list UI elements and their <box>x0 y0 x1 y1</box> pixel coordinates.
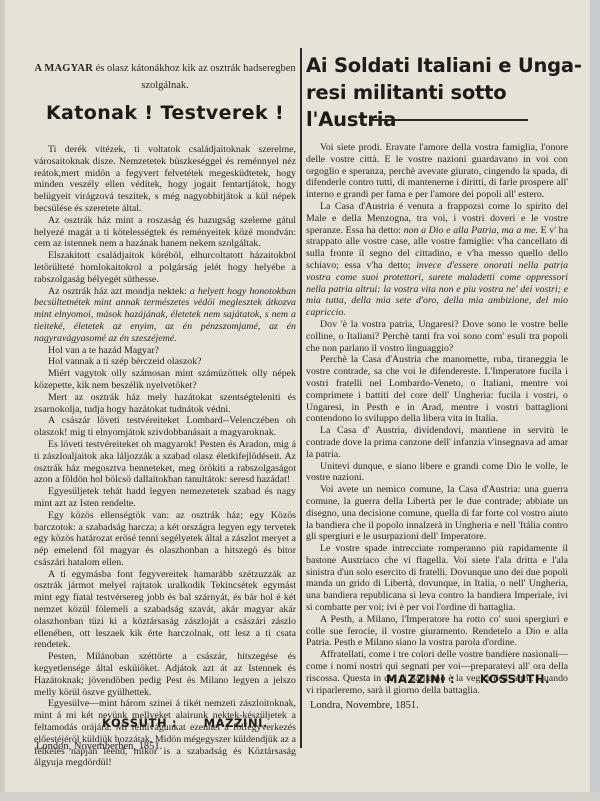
paragraph: Egyesüljetek tehát hadd legyen nemezetet… <box>34 486 296 510</box>
paragraph: Elszakitott családjaitok köréböl, elhurc… <box>34 250 296 285</box>
intro-bold: A MAGYAR <box>34 63 93 74</box>
title-rule <box>370 119 528 121</box>
place-date: Londra, Novembre, 1851. <box>310 700 419 711</box>
scan-edge-bottom <box>0 792 600 801</box>
intro-address: A MAGYAR és olasz kátonákhoz kik az oszt… <box>34 60 296 94</box>
paragraph: Ti derék vitézek, ti voltatok családjait… <box>34 144 296 215</box>
page-title-hungarian: Katonak ! Testverek ! <box>34 102 296 124</box>
paragraph: Le vostre spade intrecciate romperanno p… <box>306 543 568 614</box>
signature-mazzini: MAZZINI : <box>386 672 455 686</box>
paragraph: La Casa d' Austria, dividendovi, mantien… <box>306 425 568 460</box>
paragraph: Voi siete prodi. Eravate l'amore della v… <box>306 142 568 201</box>
paragraph: Es löveti testvéreiteket oh magyarok! Pe… <box>34 439 296 486</box>
paragraph: Az osztrák ház mint a roszaság és hazugs… <box>34 215 296 250</box>
quoted-speech: non a Dio e alla Patria, ma a me. <box>404 225 538 236</box>
paragraph: A Pesth, a Milano, l'Imperatore ha rotto… <box>306 614 568 649</box>
broadsheet-page: A MAGYAR és olasz kátonákhoz kik az oszt… <box>4 0 590 792</box>
column-divider <box>300 48 302 748</box>
paragraph: Hol van a te hazád Magyar? <box>34 345 296 357</box>
paragraph: Egy közös ellenségtök van: az osztrák há… <box>34 510 296 569</box>
signature-kossuth: KOSSUTH : <box>102 716 177 730</box>
paragraph: Unitevi dunque, e siano libere e grandi … <box>306 461 568 485</box>
signature-mazzini: MAZZINI. <box>204 716 268 730</box>
paragraph: A ti egymásba font fegyvereitek hamarább… <box>34 569 296 652</box>
paragraph: Hol vannak a ti szép bérczeid olaszok? <box>34 356 296 368</box>
signature-line: MAZZINI : KOSSUTH. <box>306 672 568 686</box>
signature-kossuth: KOSSUTH. <box>480 672 550 686</box>
paragraph: Mert az osztrák ház mely hazátokat szent… <box>34 392 296 416</box>
paragraph: Egyesülve—mint három szinei á tikét nemz… <box>34 698 296 769</box>
paragraph: A császár löveti testvéreiteket Lombard-… <box>34 415 296 439</box>
paragraph: Dov 'è la vostra patria, Ungaresi? Dove … <box>306 319 568 354</box>
italian-body: Voi siete prodi. Eravate l'amore della v… <box>306 142 568 696</box>
paragraph: Voi avete un nemico comune, la Casa d'Au… <box>306 484 568 543</box>
title-line-1: Ai Soldati Italiani e Unga- <box>306 52 596 79</box>
paragraph: Perchè la Casa d'Austria che manomette, … <box>306 354 568 425</box>
page-title-italian: Ai Soldati Italiani e Unga- resi militan… <box>306 52 596 133</box>
paragraph: Pesten, Milánoban széttörte a császár, h… <box>34 651 296 698</box>
hungarian-body: Ti derék vitézek, ti voltatok családjait… <box>34 144 296 769</box>
scan-edge-right <box>590 0 600 801</box>
title-line-2: resi militanti sotto l'Austria <box>306 79 596 133</box>
paragraph: Miért vagytok olly számosan mint számüzö… <box>34 368 296 392</box>
paragraph: Az osztrák ház azt mondja nektek: a hely… <box>34 286 296 345</box>
paragraph: La Casa d'Austria é venuta a frappozsi c… <box>306 201 568 319</box>
place-date: London, Novemberben, 1851. <box>36 741 162 752</box>
signature-line: KOSSUTH : MAZZINI. <box>34 716 296 730</box>
intro-rest: és olasz kátonákhoz kik az osztrák hadse… <box>93 63 296 91</box>
